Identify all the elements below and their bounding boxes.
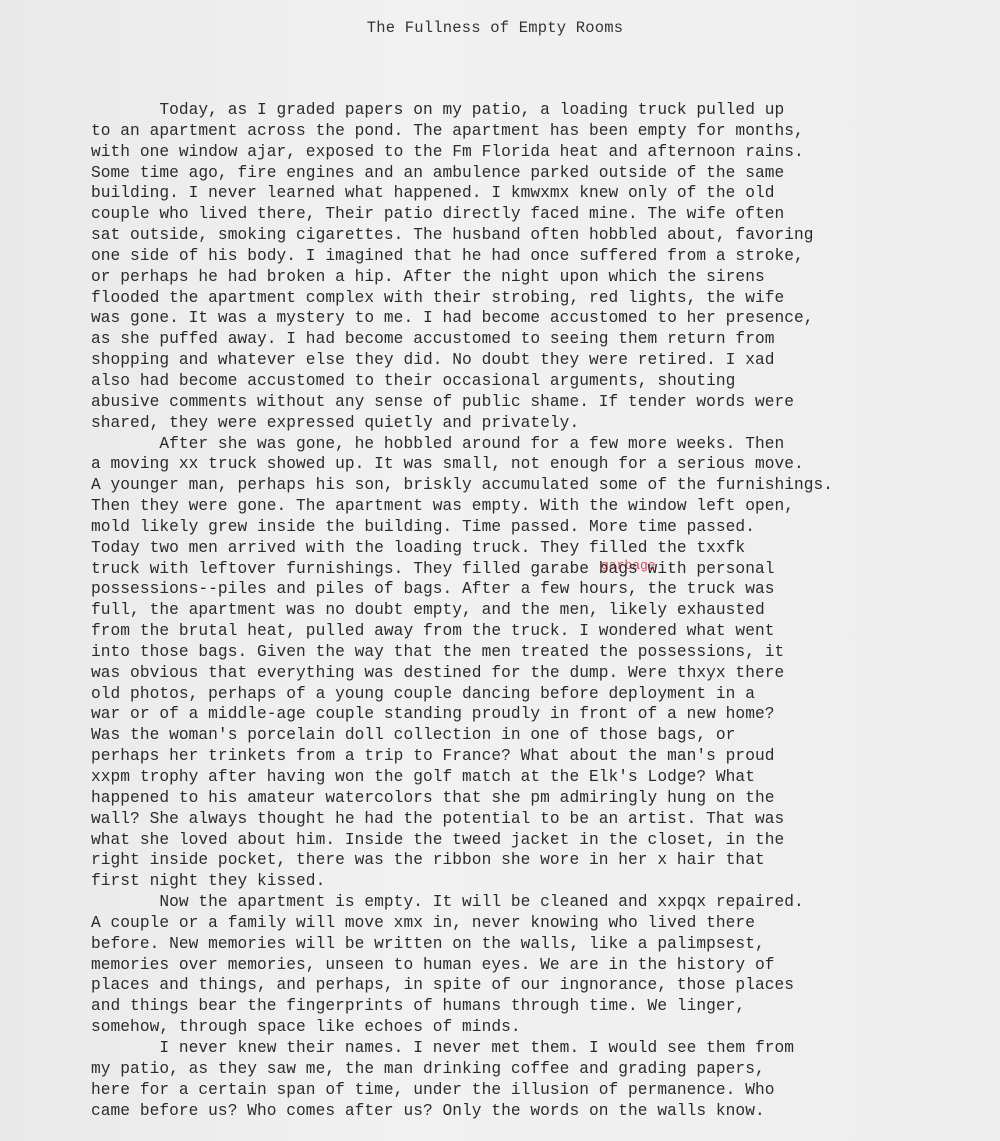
- text-line: memories over memories, unseen to human …: [91, 955, 971, 976]
- text-line: happened to his amateur watercolors that…: [91, 788, 971, 809]
- text-line: or perhaps he had broken a hip. After th…: [91, 267, 971, 288]
- text-line: I never knew their names. I never met th…: [91, 1038, 971, 1059]
- text-line: what she loved about him. Inside the twe…: [91, 830, 971, 851]
- document-title: The Fullness of Empty Rooms: [0, 19, 990, 37]
- text-line: first night they kissed.: [91, 871, 971, 892]
- text-line: before. New memories will be written on …: [91, 934, 971, 955]
- text-line: full, the apartment was no doubt empty, …: [91, 600, 971, 621]
- text-line: Was the woman's porcelain doll collectio…: [91, 725, 971, 746]
- text-line: Then they were gone. The apartment was e…: [91, 496, 971, 517]
- text-line: mold likely grew inside the building. Ti…: [91, 517, 971, 538]
- text-line: old photos, perhaps of a young couple da…: [91, 684, 971, 705]
- document-body: Today, as I graded papers on my patio, a…: [91, 100, 971, 1121]
- text-line: right inside pocket, there was the ribbo…: [91, 850, 971, 871]
- text-line: into those bags. Given the way that the …: [91, 642, 971, 663]
- text-line: was gone. It was a mystery to me. I had …: [91, 308, 971, 329]
- text-line: to an apartment across the pond. The apa…: [91, 121, 971, 142]
- text-line: possessions--piles and piles of bags. Af…: [91, 579, 971, 600]
- text-line: truck with leftover furnishings. They fi…: [91, 559, 971, 580]
- text-line: abusive comments without any sense of pu…: [91, 392, 971, 413]
- text-line: one side of his body. I imagined that he…: [91, 246, 971, 267]
- text-line: places and things, and perhaps, in spite…: [91, 975, 971, 996]
- text-line: also had become accustomed to their occa…: [91, 371, 971, 392]
- text-line: xxpm trophy after having won the golf ma…: [91, 767, 971, 788]
- text-line: war or of a middle-age couple standing p…: [91, 704, 971, 725]
- text-line: and things bear the fingerprints of huma…: [91, 996, 971, 1017]
- text-line: as she puffed away. I had become accusto…: [91, 329, 971, 350]
- text-line: here for a certain span of time, under t…: [91, 1080, 971, 1101]
- text-line: a moving xx truck showed up. It was smal…: [91, 454, 971, 475]
- text-line: was obvious that everything was destined…: [91, 663, 971, 684]
- text-line: with one window ajar, exposed to the Fm …: [91, 142, 971, 163]
- text-line: Today, as I graded papers on my patio, a…: [91, 100, 971, 121]
- text-line: sat outside, smoking cigarettes. The hus…: [91, 225, 971, 246]
- text-line: After she was gone, he hobbled around fo…: [91, 434, 971, 455]
- text-line: wall? She always thought he had the pote…: [91, 809, 971, 830]
- text-line: my patio, as they saw me, the man drinki…: [91, 1059, 971, 1080]
- text-line: shopping and whatever else they did. No …: [91, 350, 971, 371]
- text-line: came before us? Who comes after us? Only…: [91, 1101, 971, 1122]
- text-line: Today two men arrived with the loading t…: [91, 538, 971, 559]
- text-line: somehow, through space like echoes of mi…: [91, 1017, 971, 1038]
- text-line: shared, they were expressed quietly and …: [91, 413, 971, 434]
- text-line: Now the apartment is empty. It will be c…: [91, 892, 971, 913]
- text-line: couple who lived there, Their patio dire…: [91, 204, 971, 225]
- text-line: building. I never learned what happened.…: [91, 183, 971, 204]
- text-line: flooded the apartment complex with their…: [91, 288, 971, 309]
- text-line: A younger man, perhaps his son, briskly …: [91, 475, 971, 496]
- text-line: Some time ago, fire engines and an ambul…: [91, 163, 971, 184]
- text-line: perhaps her trinkets from a trip to Fran…: [91, 746, 971, 767]
- text-line: A couple or a family will move xmx in, n…: [91, 913, 971, 934]
- text-line: from the brutal heat, pulled away from t…: [91, 621, 971, 642]
